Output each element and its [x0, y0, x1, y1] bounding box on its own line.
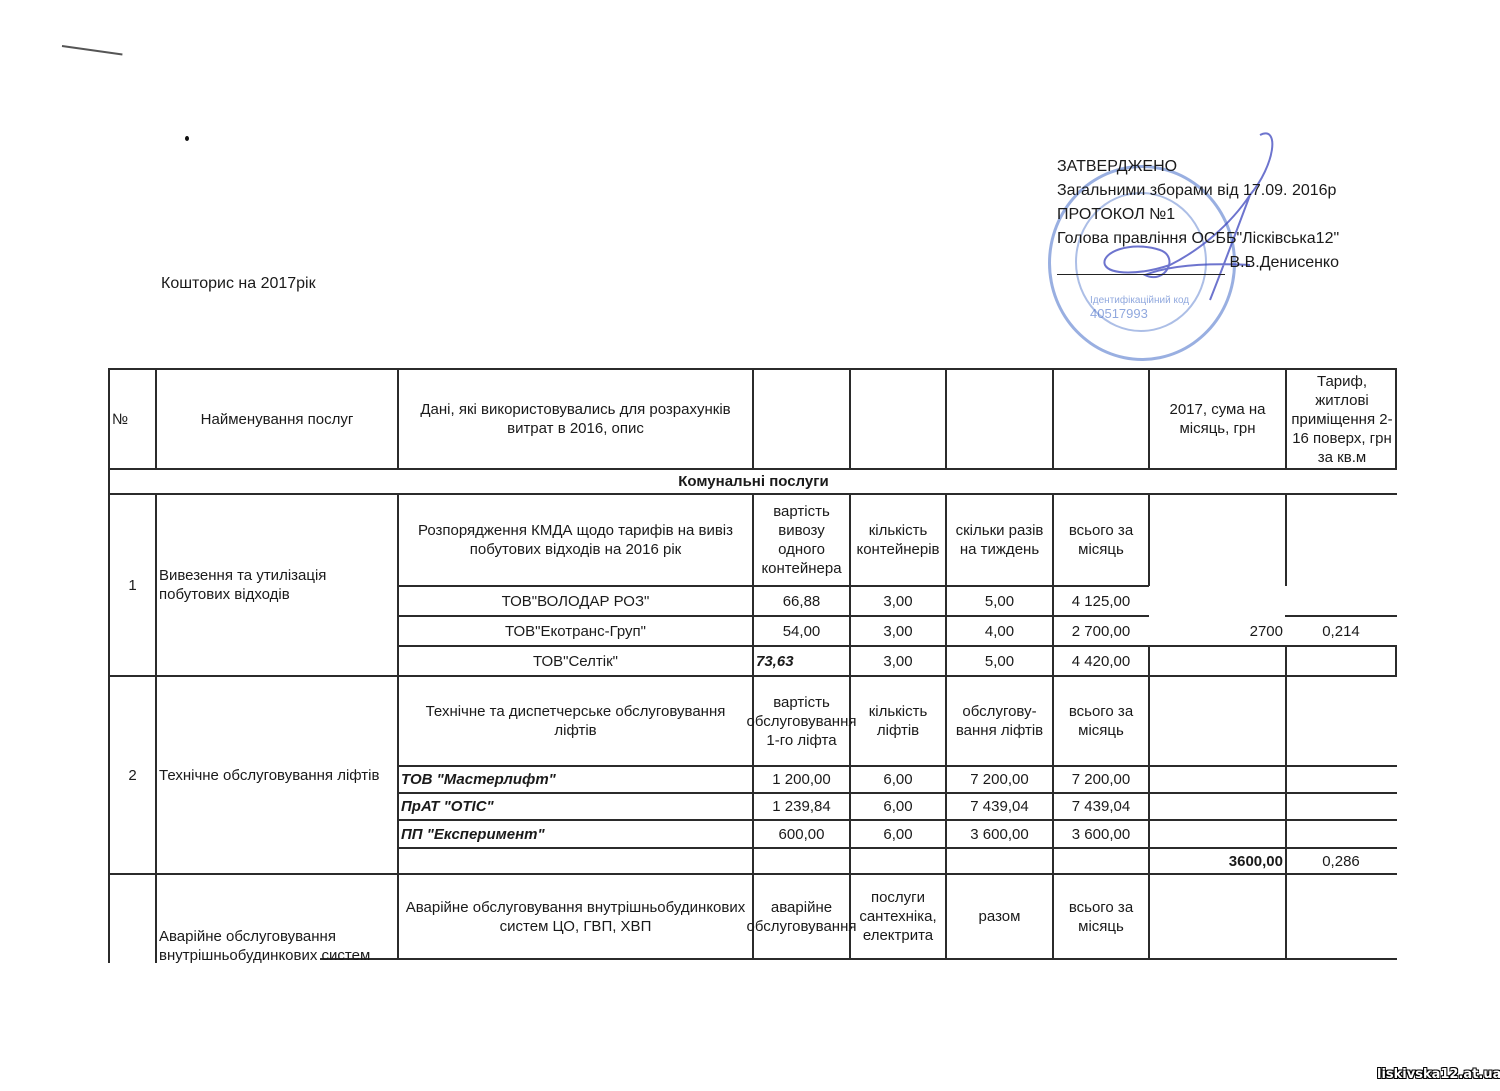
- provider-qty: 6,00: [851, 821, 945, 847]
- provider-total: 4 125,00: [1054, 587, 1148, 615]
- subheader-combined: разом: [947, 875, 1052, 958]
- provider-frequency: 5,00: [947, 587, 1052, 615]
- header-sum-2017: 2017, сума на місяць, грн: [1150, 370, 1285, 468]
- row-sum-2017: 3600,00: [1150, 849, 1283, 873]
- provider-name: ТОВ"Екотранс-Груп": [399, 617, 752, 645]
- approval-signature-line: В.В.Денисенко: [1057, 251, 1339, 275]
- provider-total: 3 600,00: [1054, 821, 1148, 847]
- grid-line: [849, 368, 851, 469]
- subheader-total: всього за місяць: [1054, 495, 1148, 585]
- subheader-cost: вартість обслуговування 1-го ліфта: [754, 677, 849, 765]
- provider-qty: 3,00: [851, 647, 945, 675]
- provider-total: 7 200,00: [1054, 767, 1148, 792]
- provider-price: 73,63: [756, 647, 849, 675]
- grid-line: [1395, 645, 1397, 677]
- row-number: 1: [110, 495, 155, 675]
- page-margin: [108, 963, 1408, 1063]
- grid-line: [1285, 645, 1287, 960]
- subheader-count: кількість контейнерів: [851, 495, 945, 585]
- provider-qty: 3,00: [851, 587, 945, 615]
- scan-dot: [185, 136, 189, 141]
- subheader-frequency: скільки разів на тиждень: [947, 495, 1052, 585]
- subheader-cost: вартість вивозу одного контейнера: [754, 495, 849, 585]
- provider-name: ПрАТ "ОТІС": [401, 794, 752, 819]
- row-service: Технічне обслуговування ліфтів: [159, 677, 395, 873]
- subheader-service: обслугову-вання ліфтів: [947, 677, 1052, 765]
- provider-name: ТОВ"ВОЛОДАР РОЗ": [399, 587, 752, 615]
- grid-line: [945, 368, 947, 469]
- row-sum-2017: 2700: [1150, 617, 1283, 645]
- site-watermark: liskivska12.at.ua: [1377, 1067, 1500, 1082]
- grid-line: [320, 958, 1397, 960]
- signer-name: В.В.Денисенко: [1229, 254, 1339, 271]
- row-service: Аварійне обслуговування внутрішньобудинк…: [159, 927, 395, 963]
- row-tariff: 0,286: [1287, 849, 1395, 873]
- provider-price: 1 239,84: [754, 794, 849, 819]
- provider-total: 4 420,00: [1054, 647, 1148, 675]
- header-data: Дані, які використовувались для розрахун…: [399, 370, 752, 468]
- provider-frequency: 5,00: [947, 647, 1052, 675]
- grid-line: [155, 493, 157, 963]
- provider-service-cost: 7 200,00: [947, 767, 1052, 792]
- approval-heading: ЗАТВЕРДЖЕНО: [1057, 155, 1339, 179]
- provider-total: 7 439,04: [1054, 794, 1148, 819]
- grid-line: [1148, 493, 1150, 586]
- row-description: Технічне та диспетчерське обслуговування…: [399, 677, 752, 765]
- approval-protocol: ПРОТОКОЛ №1: [1057, 203, 1339, 227]
- provider-price: 600,00: [754, 821, 849, 847]
- grid-line: [1148, 645, 1150, 960]
- provider-frequency: 4,00: [947, 617, 1052, 645]
- provider-name: ПП "Експеримент": [401, 821, 752, 847]
- subheader-plumber: послуги сантехніка, електрита: [851, 875, 945, 958]
- row-tariff: 0,214: [1287, 617, 1395, 645]
- grid-line: [752, 368, 754, 469]
- subheader-total: всього за місяць: [1054, 677, 1148, 765]
- provider-qty: 6,00: [851, 794, 945, 819]
- subheader-emergency: аварійне обслуговування: [754, 875, 849, 958]
- document-title: Кошторис на 2017рік: [161, 274, 316, 293]
- row-number: 2: [110, 677, 155, 873]
- provider-name: ТОВ"Селтік": [399, 647, 752, 675]
- provider-price: 1 200,00: [754, 767, 849, 792]
- header-tariff: Тариф, житлові приміщення 2-16 поверх, г…: [1287, 370, 1397, 468]
- provider-qty: 3,00: [851, 617, 945, 645]
- signature-underline: [1057, 256, 1225, 275]
- provider-name: ТОВ "Мастерлифт": [401, 767, 752, 792]
- grid-line: [1285, 493, 1287, 586]
- provider-price: 66,88: [754, 587, 849, 615]
- provider-total: 2 700,00: [1054, 617, 1148, 645]
- row-service: Вивезення та утилізація побутових відход…: [159, 495, 395, 675]
- subheader-total: всього за місяць: [1054, 875, 1148, 958]
- approval-meeting: Загальними зборами від 17.09. 2016р: [1057, 179, 1339, 203]
- row-description: Розпорядження КМДА щодо тарифів на вивіз…: [399, 495, 752, 585]
- header-number: №: [108, 370, 155, 468]
- header-service: Найменування послуг: [157, 370, 397, 468]
- provider-service-cost: 7 439,04: [947, 794, 1052, 819]
- grid-line: [1052, 368, 1054, 469]
- provider-price: 54,00: [754, 617, 849, 645]
- row-description: Аварійне обслуговування внутрішньобудинк…: [399, 875, 752, 958]
- provider-qty: 6,00: [851, 767, 945, 792]
- approval-chairman: Голова правління ОСББ"Лісківська12": [1057, 227, 1339, 251]
- provider-service-cost: 3 600,00: [947, 821, 1052, 847]
- section-communal-services: Комунальні послуги: [110, 470, 1397, 493]
- subheader-count: кількість ліфтів: [851, 677, 945, 765]
- scan-mark: [62, 45, 123, 55]
- approval-block: ЗАТВЕРДЖЕНО Загальними зборами від 17.09…: [1057, 155, 1339, 275]
